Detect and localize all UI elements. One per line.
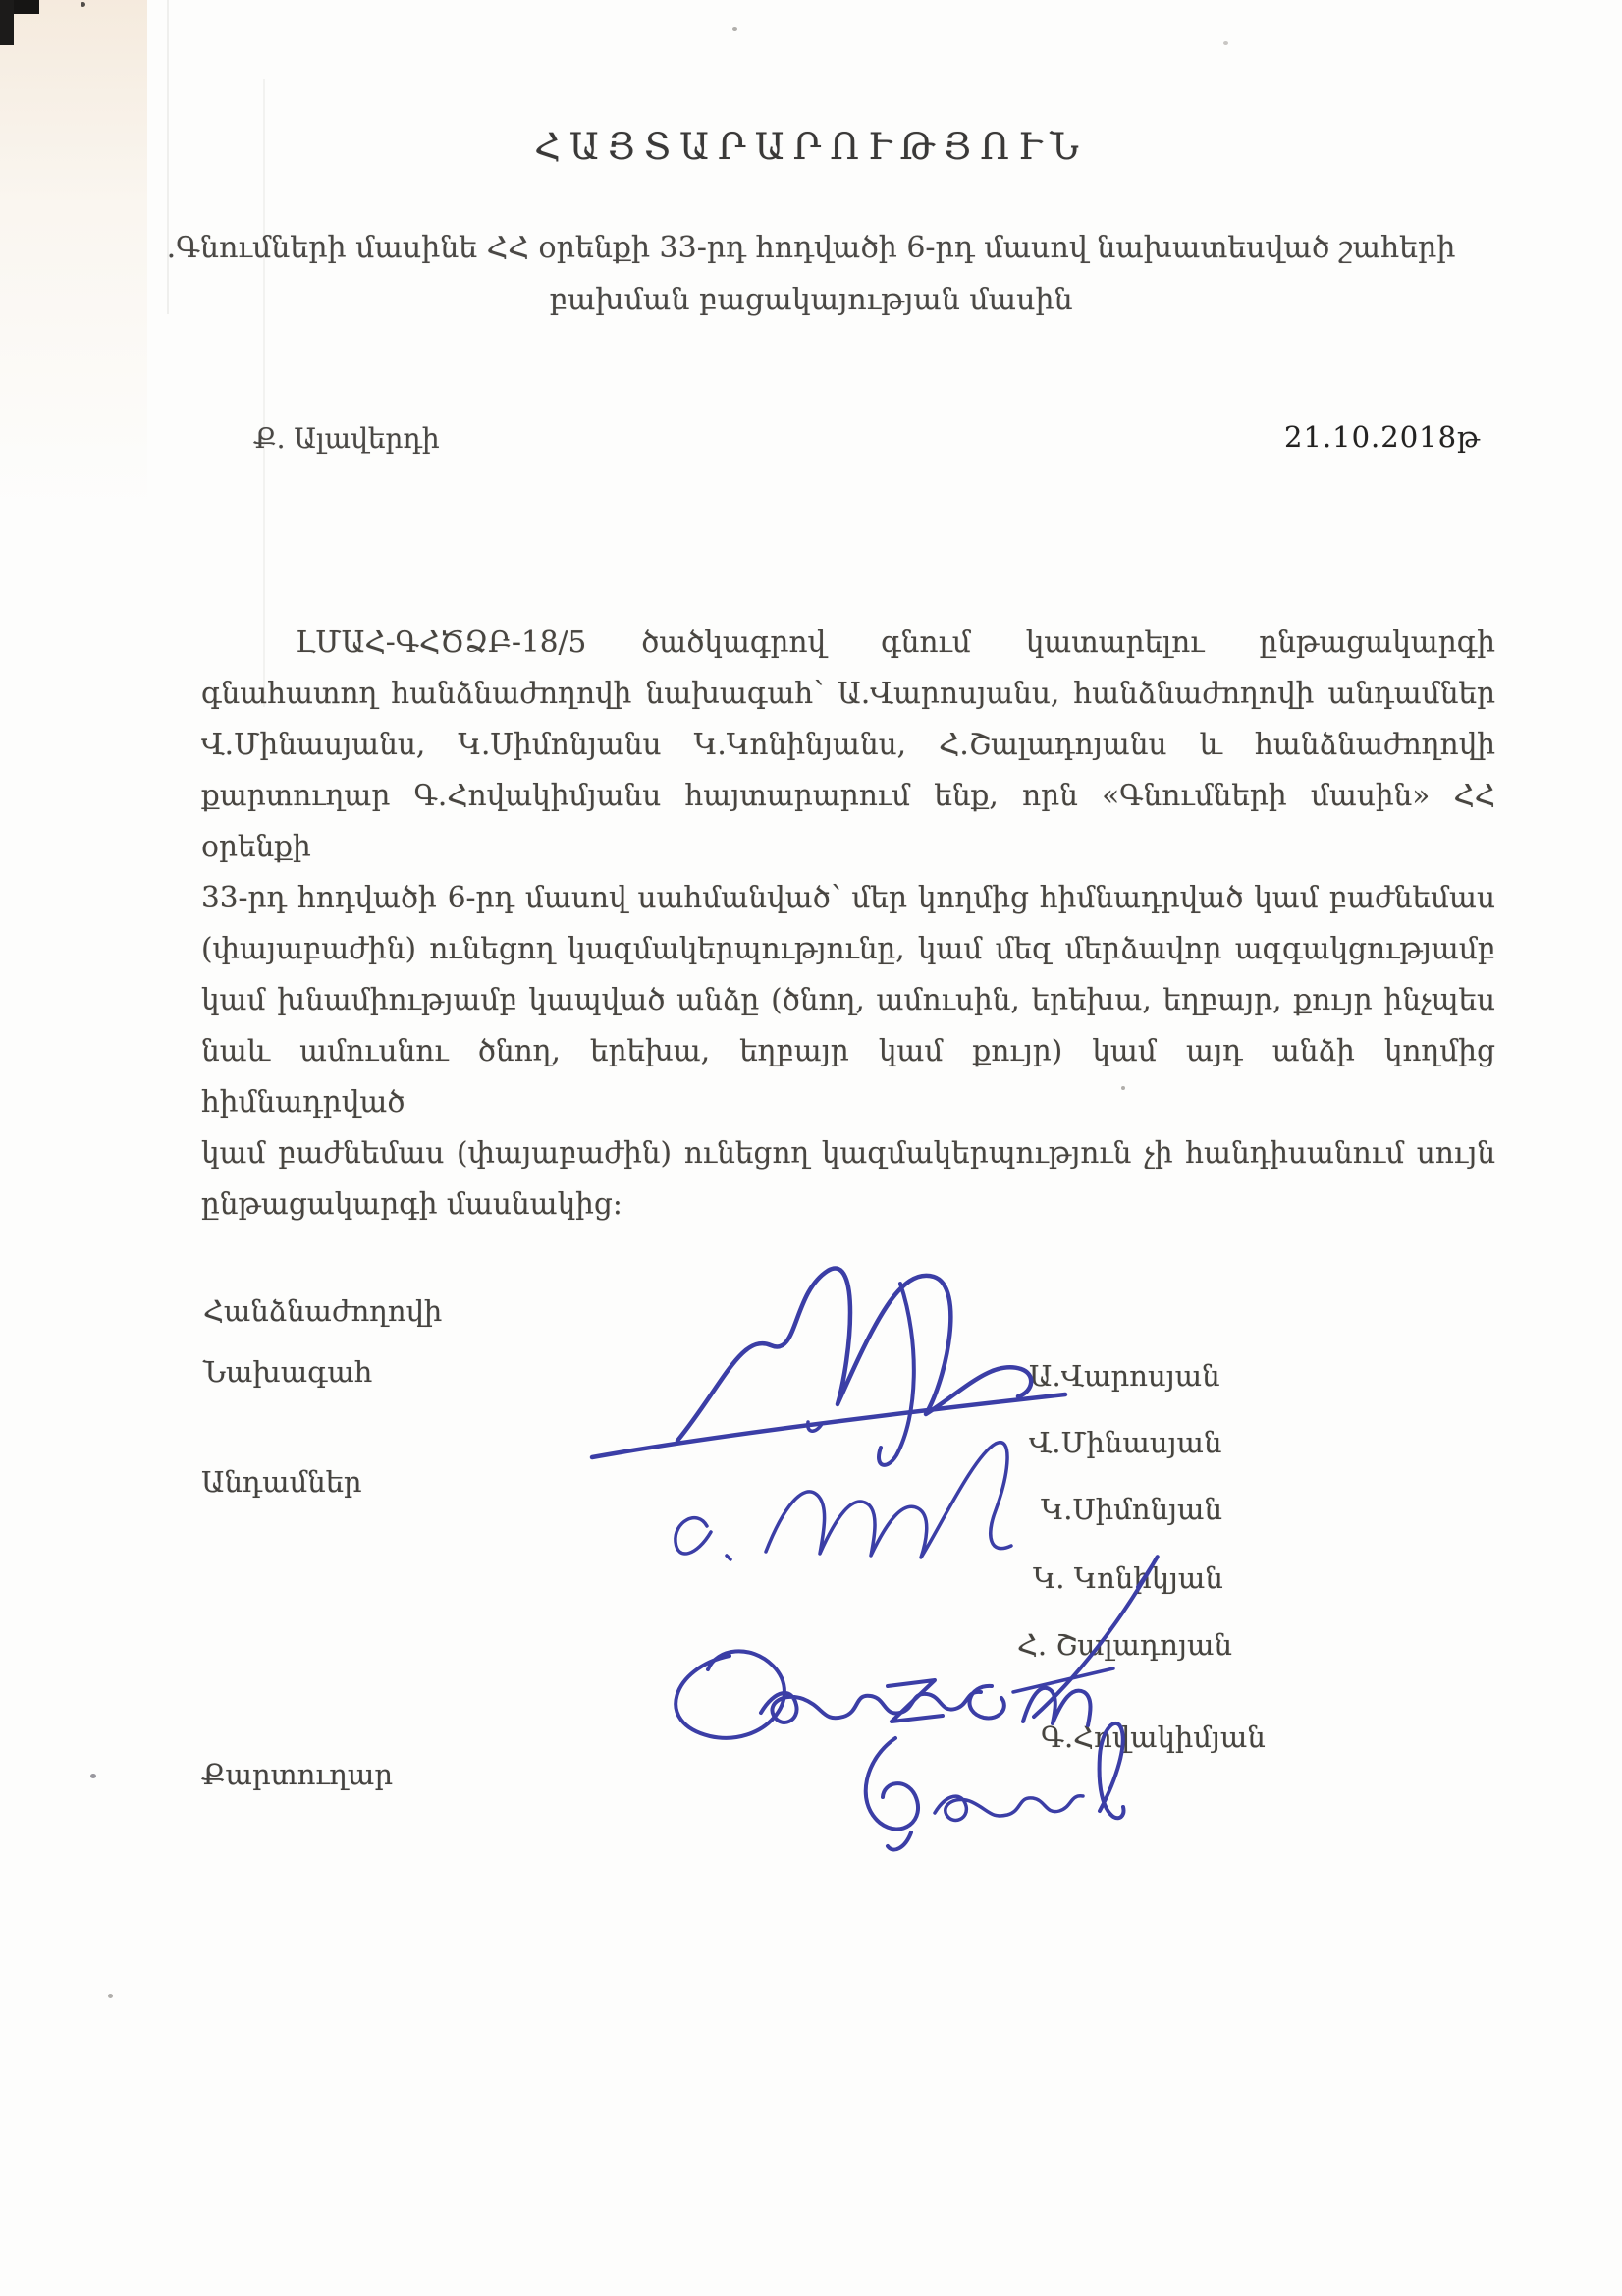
signatory-name-minasyan: Վ.Մինասյան — [1029, 1426, 1221, 1459]
date-label: 21.10.2018թ — [1284, 420, 1481, 454]
signature-ink-minasyan — [640, 1416, 1082, 1583]
label-chairman: Նախագահ — [203, 1355, 372, 1389]
signatory-name-hovakimyan: Գ.Հովակիմյան — [1041, 1721, 1266, 1754]
subtitle-line-2: բախման բացակայության մասին — [108, 274, 1514, 326]
scan-speck — [108, 1994, 113, 1998]
body-line: 33-րդ հոդվածի 6-րդ մասով սահմանված՝ մեր … — [201, 872, 1495, 923]
body-line: քարտուղար Գ.Հովակիմյանս հայտարարում ենք,… — [201, 770, 1495, 872]
scan-speck — [81, 2, 85, 7]
scan-speck — [90, 1774, 96, 1778]
body-line: նաև ամուսնու ծնող, երեխա, եղբայր կամ քու… — [201, 1025, 1495, 1127]
document-title: ՀԱՅՏԱՐԱՐՈՒԹՅՈՒՆ — [128, 126, 1494, 168]
label-committee: Հանձնաժողովի — [203, 1294, 442, 1328]
scan-speck — [732, 27, 737, 31]
scan-speck — [1223, 41, 1228, 45]
body-line: ընթացակարգի մասնակից: — [201, 1178, 1495, 1230]
body-line: (փայաբաժին) ունեցող կազմակերպությունը, կ… — [201, 923, 1495, 974]
signatory-name-simonyan: Կ.Սիմոնյան — [1041, 1493, 1222, 1526]
document-subtitle: .Գնումների մասինե ՀՀ օրենքի 33-րդ հոդված… — [108, 222, 1514, 326]
place-label: Ք. Ալավերդի — [253, 422, 440, 455]
body-line: Վ.Մինասյանս, Կ.Սիմոնյանս Կ.Կոնինյանս, Հ.… — [201, 719, 1495, 770]
body-line: գնահատող հանձնաժողովի նախագահ՝ Ա.Վարոսյա… — [201, 668, 1495, 719]
body-line: կամ խնամիությամբ կապված անձը (ծնող, ամու… — [201, 974, 1495, 1025]
signatory-name-shaladoyan: Հ. Շալադոյան — [1017, 1628, 1232, 1662]
body-line: կամ բաժնեմաս (փայաբաժին) ունեցող կազմակե… — [201, 1127, 1495, 1178]
scanned-document-page: ՀԱՅՏԱՐԱՐՈՒԹՅՈՒՆ .Գնումների մասինե ՀՀ օրե… — [0, 0, 1622, 2296]
label-members: Անդամներ — [201, 1465, 362, 1499]
signatory-name-konikyan: Կ. Կոնիկյան — [1033, 1561, 1223, 1595]
signatory-name-varosyan: Ա.Վարոսյան — [1029, 1359, 1220, 1393]
label-secretary: Քարտուղար — [201, 1758, 393, 1791]
body-line: ԼՄԱՀ-ԳՀԾՁԲ-18/5 ծածկագրով գնում կատարելո… — [201, 617, 1495, 668]
signature-ink-varosyan — [574, 1249, 1095, 1470]
subtitle-line-1: .Գնումների մասինե ՀՀ օրենքի 33-րդ հոդված… — [108, 222, 1514, 274]
scan-crease-line — [263, 79, 265, 707]
scan-corner-mark — [0, 0, 14, 45]
body-paragraph: ԼՄԱՀ-ԳՀԾՁԲ-18/5 ծածկագրով գնում կատարելո… — [201, 617, 1495, 1230]
